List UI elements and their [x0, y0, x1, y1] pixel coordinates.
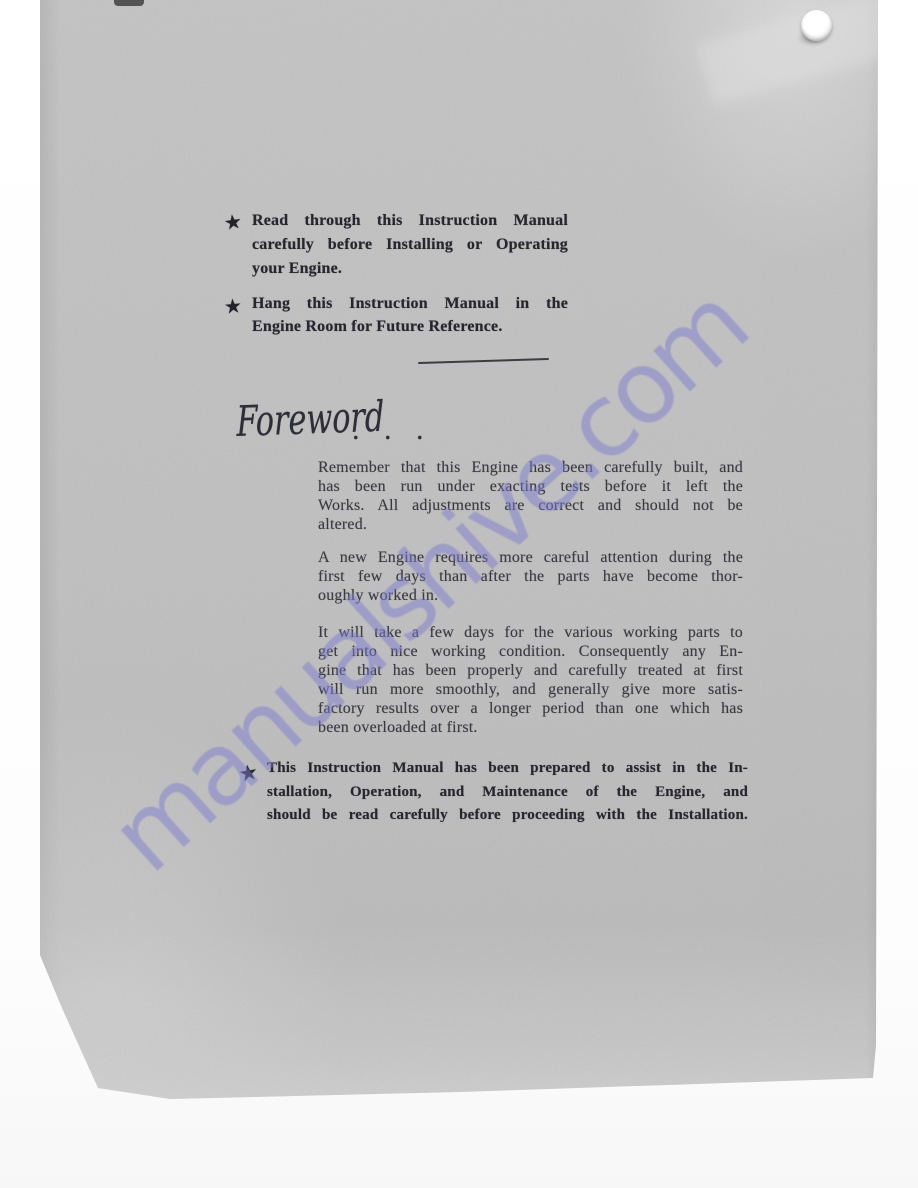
paragraph-line: Works. All adjustments are correct and s… [318, 496, 743, 515]
punch-hole [801, 10, 832, 41]
star-bullet-icon: ★ [222, 209, 243, 235]
paragraph-line: been overloaded at first. [318, 718, 743, 737]
notice-line: Engine Room for Future Reference. [252, 316, 568, 339]
paragraph-line: It will take a few days for the various … [318, 623, 743, 642]
paragraph-line: gine that has been properly and carefull… [318, 661, 743, 680]
body-paragraph-3: It will take a few days for the various … [318, 623, 743, 737]
notice-line: your Engine. [252, 257, 568, 281]
notice-line: should be read carefully before proceedi… [267, 804, 748, 828]
notice-line: Read through this Instruction Manual [252, 209, 568, 233]
notice-line: Hang this Instruction Manual in the [252, 293, 568, 316]
body-paragraph-2: A new Engine requires more careful atten… [318, 548, 743, 605]
paragraph-line: has been run under exacting tests before… [318, 477, 743, 496]
notice-line: This Instruction Manual has been prepare… [267, 757, 748, 781]
paragraph-line: oughly worked in. [318, 586, 743, 605]
paragraph-line: get into nice working condition. Consequ… [318, 642, 743, 661]
paragraph-line: Remember that this Engine has been caref… [318, 458, 743, 477]
notice-line: stallation, Operation, and Maintenance o… [267, 781, 748, 805]
notice-hang-manual: Hang this Instruction Manual in the Engi… [252, 293, 568, 338]
paragraph-line: altered. [318, 515, 743, 534]
footer-notice: This Instruction Manual has been prepare… [267, 757, 748, 828]
body-paragraph-1: Remember that this Engine has been caref… [318, 458, 743, 534]
notice-read-manual: Read through this Instruction Manual car… [252, 209, 568, 281]
star-bullet-icon: ★ [237, 760, 260, 787]
scanned-page: ★ Read through this Instruction Manual c… [0, 0, 918, 1188]
ink-speck [114, 0, 144, 6]
notice-line: carefully before Installing or Operating [252, 233, 568, 257]
foreword-heading-dots: . . . [352, 413, 428, 447]
star-bullet-icon: ★ [223, 293, 243, 318]
paragraph-line: factory results over a longer period tha… [318, 699, 743, 718]
paragraph-line: A new Engine requires more careful atten… [318, 548, 743, 567]
paragraph-line: first few days than after the parts have… [318, 567, 743, 586]
paragraph-line: will run more smoothly, and generally gi… [318, 680, 743, 699]
